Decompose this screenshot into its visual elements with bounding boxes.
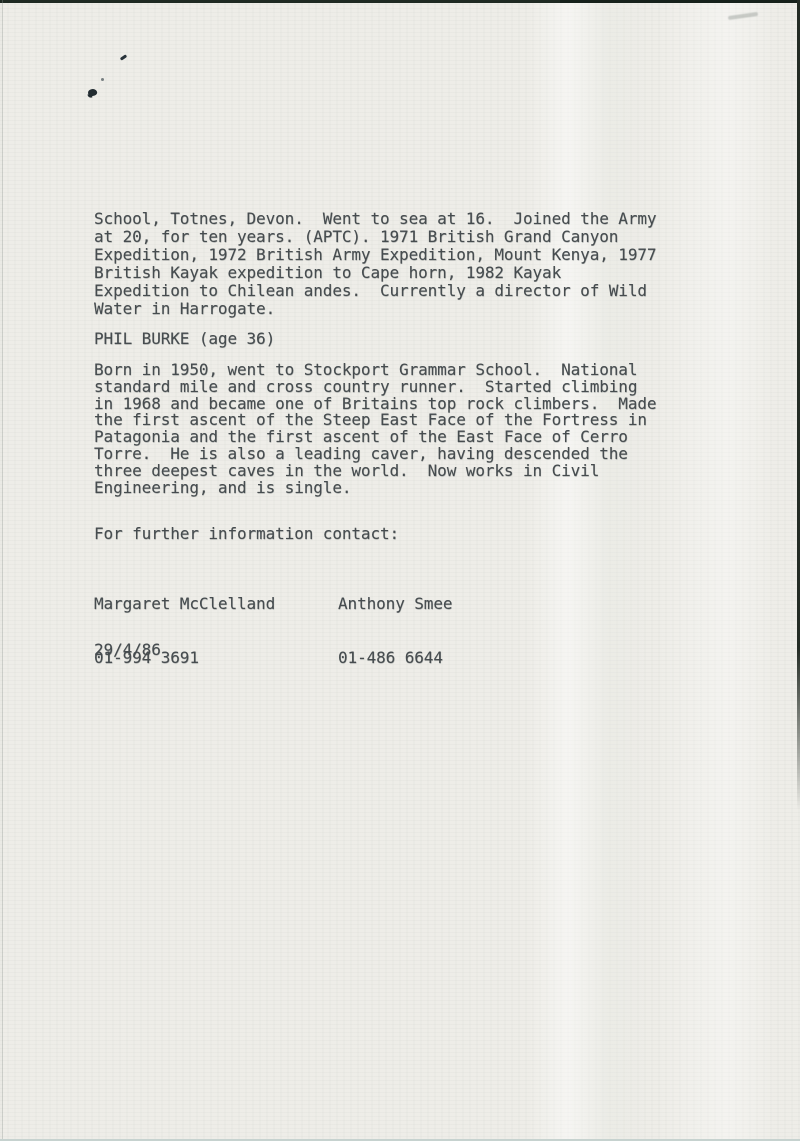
ink-speck-dot	[101, 78, 104, 81]
contact-block-margaret: Margaret McClelland 01-994 3691	[94, 559, 275, 703]
contact-name: Anthony Smee	[338, 595, 452, 613]
biography-paragraph: Born in 1950, went to Stockport Grammar …	[94, 362, 656, 496]
scan-edge-left	[2, 0, 3, 1141]
ink-speck-tick	[120, 54, 127, 60]
contact-phone: 01-486 6644	[338, 649, 452, 667]
biography-paragraph-continued: School, Totnes, Devon. Went to sea at 16…	[94, 210, 656, 318]
scan-smudge	[728, 12, 758, 20]
contact-name: Margaret McClelland	[94, 595, 275, 613]
scan-edge-top	[0, 0, 800, 3]
scanned-press-release-page: School, Totnes, Devon. Went to sea at 16…	[0, 0, 800, 1141]
person-name-heading: PHIL BURKE (age 36)	[94, 330, 275, 348]
ink-speck-blob	[87, 88, 98, 97]
contact-intro-line: For further information contact:	[94, 525, 399, 543]
contact-block-anthony: Anthony Smee 01-486 6644	[338, 559, 452, 703]
date-stamp: 29/4/86	[94, 641, 161, 659]
